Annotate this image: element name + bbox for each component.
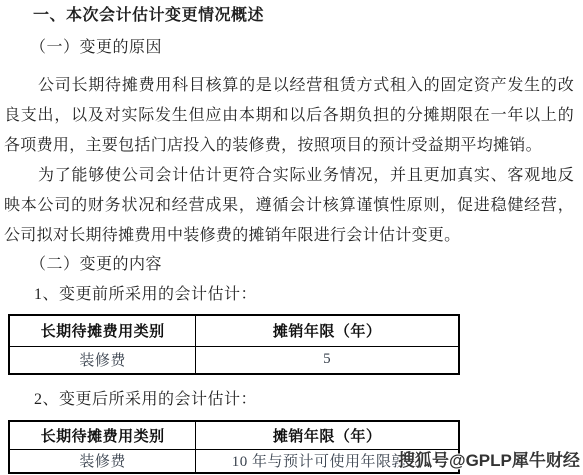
table-after-change: 长期待摊费用类别 摊销年限（年） 装修费 10 年与预计可使用年限孰短 [8,420,460,474]
table-before-change: 长期待摊费用类别 摊销年限（年） 装修费 5 [8,314,460,375]
table-row: 装修费 5 [9,346,459,374]
subsection-heading-reason: （一）变更的原因 [4,39,574,57]
section-heading: 一、本次会计估计变更情况概述 [4,6,574,26]
table-header-category: 长期待摊费用类别 [9,315,196,346]
subsection-heading-content: （二）变更的内容 [4,256,574,274]
watermark-sohu-gplp: 搜狐号@GPLP犀牛财经 [398,446,580,471]
table-header-row: 长期待摊费用类别 摊销年限（年） [9,315,459,346]
table-header-amortization-years: 摊销年限（年） [196,315,459,346]
table-cell-years: 5 [196,346,459,374]
table-cell-category: 装修费 [9,346,196,374]
paragraph-reason-1: 公司长期待摊费用科目核算的是以经营租赁方式租入的固定资产发生的改良支出，以及对实… [4,71,574,161]
table-header-row: 长期待摊费用类别 摊销年限（年） [9,421,459,449]
table-row: 装修费 10 年与预计可使用年限孰短 [9,449,459,473]
item-heading-after-change: 2、变更后所采用的会计估计： [4,391,574,409]
paragraph-reason-2: 为了能够使公司会计估计更符合实际业务情况，并且更加真实、客观地反映本公司的财务状… [4,161,574,251]
table-cell-category: 装修费 [9,449,196,473]
table-header-category: 长期待摊费用类别 [9,421,196,449]
table-header-amortization-years: 摊销年限（年） [196,421,459,449]
document-page: 一、本次会计估计变更情况概述 （一）变更的原因 公司长期待摊费用科目核算的是以经… [0,0,583,475]
item-heading-before-change: 1、变更前所采用的会计估计： [4,286,574,304]
